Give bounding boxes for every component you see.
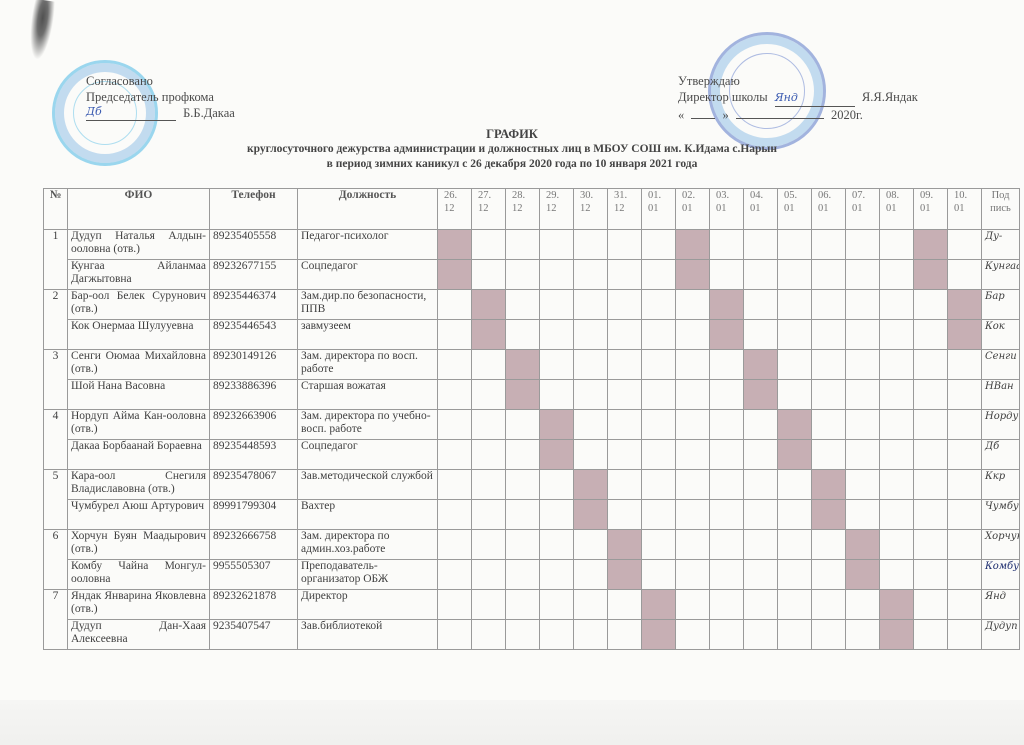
duty-cell-assigned [438,260,472,290]
table-row: 5Кара-оол Снегиля Владиславовна (отв.)89… [44,470,1020,500]
table-row: Дакаа Борбаанай Бораевна89235448593Соцпе… [44,440,1020,470]
person-position: Соцпедагог [298,260,438,290]
duty-cell [608,320,642,350]
day-number: 05. [784,190,797,201]
duty-cell [778,530,812,560]
duty-cell [642,290,676,320]
duty-cell-assigned [472,320,506,350]
header-day: 05.01 [778,189,812,230]
signature-cell: Бар [982,290,1020,320]
duty-cell [812,350,846,380]
group-number: 5 [44,470,68,530]
day-number: 01. [648,190,661,201]
duty-cell [744,290,778,320]
duty-cell-assigned [608,530,642,560]
duty-cell [574,530,608,560]
duty-cell [506,320,540,350]
duty-cell [948,620,982,650]
person-name: Яндак Январина Яковлевна (отв.) [68,590,210,620]
duty-cell [438,440,472,470]
duty-cell [846,440,880,470]
duty-cell [710,500,744,530]
date-open-quote: « [678,108,684,122]
duty-cell [438,620,472,650]
duty-cell [438,320,472,350]
duty-cell [744,530,778,560]
day-number: 06. [818,190,831,201]
duty-cell-assigned [574,500,608,530]
duty-cell [540,530,574,560]
duty-cell [438,470,472,500]
duty-cell [472,440,506,470]
person-phone: 89233886396 [210,380,298,410]
duty-cell [506,260,540,290]
duty-cell [472,260,506,290]
duty-cell [438,290,472,320]
duty-cell [472,410,506,440]
header-day: 29.12 [540,189,574,230]
duty-cell [676,380,710,410]
date-month-blank [736,118,824,119]
day-number: 28. [512,190,525,201]
duty-cell [438,410,472,440]
document-subtitle: круглосуточного дежурства администрации … [0,143,1024,155]
duty-cell [710,620,744,650]
duty-cell-assigned [540,440,574,470]
duty-cell [574,290,608,320]
duty-cell-assigned [574,470,608,500]
duty-cell [574,260,608,290]
duty-cell [846,350,880,380]
day-number: 09. [920,190,933,201]
duty-cell [710,470,744,500]
duty-cell [880,560,914,590]
duty-cell [574,380,608,410]
person-position: Директор [298,590,438,620]
approval-block-right: Утверждаю Директор школы Янд Я.Я.Яндак «… [678,73,918,123]
duty-cell [676,590,710,620]
duty-cell [846,230,880,260]
header-day: 28.12 [506,189,540,230]
duty-cell [880,380,914,410]
header-num: № [44,189,68,230]
duty-cell [846,590,880,620]
duty-cell [506,500,540,530]
duty-cell [744,320,778,350]
duty-cell [948,380,982,410]
duty-cell [472,590,506,620]
duty-cell [540,290,574,320]
month-number: 12 [580,203,591,214]
duty-cell [676,350,710,380]
duty-cell [574,320,608,350]
duty-cell [778,590,812,620]
duty-cell [540,350,574,380]
header-day: 08.01 [880,189,914,230]
duty-cell [506,530,540,560]
approval-left-heading: Согласовано [86,73,235,89]
person-name: Дудуп Дан-Хаая Алексеевна [68,620,210,650]
table-row: 3Сенги Оюмаа Михайловна (отв.)8923014912… [44,350,1020,380]
duty-cell [608,500,642,530]
table-row: 6Хорчун Буян Маадырович (отв.)8923266675… [44,530,1020,560]
approval-block-left: Согласовано Председатель профкома Дб Б.Б… [86,73,235,123]
duty-cell [846,260,880,290]
person-name: Сенги Оюмаа Михайловна (отв.) [68,350,210,380]
duty-cell-assigned [778,410,812,440]
duty-cell [744,260,778,290]
duty-cell [438,350,472,380]
person-name: Кунгаа Айланмаа Дагжытовна [68,260,210,290]
duty-cell [744,230,778,260]
duty-cell-assigned [778,440,812,470]
duty-cell [642,500,676,530]
person-name: Шой Нана Васовна [68,380,210,410]
duty-cell-assigned [710,290,744,320]
signature-cell: Сенги [982,350,1020,380]
duty-cell-assigned [880,620,914,650]
duty-cell [608,260,642,290]
person-name: Дудуп Наталья Алдын-ооловна (отв.) [68,230,210,260]
duty-cell [608,440,642,470]
person-phone: 9955505307 [210,560,298,590]
duty-cell [540,230,574,260]
duty-cell [540,380,574,410]
month-number: 01 [750,203,761,214]
day-number: 03. [716,190,729,201]
duty-cell [676,560,710,590]
duty-cell [948,500,982,530]
person-position: Зав.библиотекой [298,620,438,650]
duty-cell [438,590,472,620]
duty-cell [778,620,812,650]
duty-cell [710,560,744,590]
duty-cell [676,440,710,470]
duty-cell [506,290,540,320]
duty-cell [608,410,642,440]
duty-cell [812,230,846,260]
duty-cell [676,470,710,500]
duty-cell [642,440,676,470]
duty-cell [676,410,710,440]
table-row: 1Дудуп Наталья Алдын-ооловна (отв.)89235… [44,230,1020,260]
header-day: 10.01 [948,189,982,230]
duty-cell [846,470,880,500]
duty-cell [472,620,506,650]
duty-cell [472,470,506,500]
duty-cell [642,380,676,410]
approval-right-name: Я.Я.Яндак [862,90,918,104]
duty-cell [948,560,982,590]
header-day: 27.12 [472,189,506,230]
duty-cell [812,260,846,290]
duty-cell [880,260,914,290]
duty-cell [948,350,982,380]
duty-cell [778,290,812,320]
person-position: Старшая вожатая [298,380,438,410]
table-row: 2Бар-оол Белек Сурунович (отв.)892354463… [44,290,1020,320]
duty-cell [812,590,846,620]
person-phone: 89235446543 [210,320,298,350]
duty-cell [710,440,744,470]
duty-cell [812,290,846,320]
duty-cell [744,560,778,590]
signature-scribble: Янд [775,91,798,104]
duty-cell [744,500,778,530]
person-position: Педагог-психолог [298,230,438,260]
group-number: 6 [44,530,68,590]
document-heading: ГРАФИК [0,127,1024,142]
month-number: 01 [716,203,727,214]
duty-cell [880,410,914,440]
duty-cell [472,350,506,380]
duty-cell [778,560,812,590]
duty-cell [744,620,778,650]
duty-cell [744,590,778,620]
day-number: 26. [444,190,457,201]
signature-cell: Дудуп [982,620,1020,650]
signature-cell: Кок [982,320,1020,350]
duty-cell-assigned [744,350,778,380]
duty-cell [744,410,778,440]
day-number: 04. [750,190,763,201]
duty-cell-assigned [506,350,540,380]
duty-cell-assigned [642,620,676,650]
duty-cell [948,230,982,260]
group-number: 1 [44,230,68,290]
month-number: 01 [954,203,965,214]
duty-cell [540,470,574,500]
duty-cell [676,530,710,560]
duty-cell [608,380,642,410]
duty-cell-assigned [642,590,676,620]
person-position: Зам.дир.по безопасности, ППВ [298,290,438,320]
header-signature: Под пись [982,189,1020,230]
duty-cell [846,620,880,650]
header-day: 09.01 [914,189,948,230]
signature-line: Дб [86,103,176,121]
duty-cell [506,440,540,470]
duty-cell [710,230,744,260]
group-number: 4 [44,410,68,470]
duty-cell [506,620,540,650]
person-phone: 89235405558 [210,230,298,260]
duty-cell [506,560,540,590]
duty-cell [846,290,880,320]
duty-cell [676,620,710,650]
month-number: 01 [818,203,829,214]
table-row: Шой Нана Васовна89233886396Старшая вожат… [44,380,1020,410]
header-day: 01.01 [642,189,676,230]
duty-cell [642,410,676,440]
duty-cell [778,260,812,290]
day-number: 08. [886,190,899,201]
duty-cell [676,290,710,320]
duty-cell [812,380,846,410]
duty-cell [540,590,574,620]
duty-cell [948,470,982,500]
table-row: 7Яндак Январина Яковлевна (отв.)89232621… [44,590,1020,620]
header-position: Должность [298,189,438,230]
duty-cell [438,380,472,410]
duty-cell [574,350,608,380]
header-day: 02.01 [676,189,710,230]
table-row: Кок Онермаа Шулууевна89235446543завмузее… [44,320,1020,350]
duty-cell-assigned [676,230,710,260]
duty-cell [710,350,744,380]
person-phone: 89235446374 [210,290,298,320]
duty-cell [914,620,948,650]
day-number: 02. [682,190,695,201]
duty-cell [676,500,710,530]
duty-cell [846,380,880,410]
duty-cell [778,470,812,500]
duty-cell [948,440,982,470]
duty-cell [914,350,948,380]
duty-cell [608,590,642,620]
header-day: 03.01 [710,189,744,230]
duty-cell [846,320,880,350]
duty-cell [608,230,642,260]
person-phone: 89230149126 [210,350,298,380]
person-phone: 89235448593 [210,440,298,470]
person-name: Бар-оол Белек Сурунович (отв.) [68,290,210,320]
header-day: 04.01 [744,189,778,230]
table-header-row: № ФИО Телефон Должность 26.1227.1228.122… [44,189,1020,230]
duty-cell [846,500,880,530]
person-position: завмузеем [298,320,438,350]
signature-cell: Комбу [982,560,1020,590]
table-row: Дудуп Дан-Хаая Алексеевна9235407547Зав.б… [44,620,1020,650]
person-position: Зам. директора по восп. работе [298,350,438,380]
month-number: 01 [648,203,659,214]
table-row: Чумбурел Аюш Артурович89991799304ВахтерЧ… [44,500,1020,530]
duty-cell [948,410,982,440]
duty-cell [574,410,608,440]
person-position: Зам. директора по админ.хоз.работе [298,530,438,560]
duty-cell-assigned [710,320,744,350]
duty-cell [506,410,540,440]
duty-cell [506,230,540,260]
person-name: Кара-оол Снегиля Владиславовна (отв.) [68,470,210,500]
duty-cell [540,260,574,290]
duty-cell-assigned [506,380,540,410]
duty-cell-assigned [846,530,880,560]
duty-cell [472,500,506,530]
header-fio: ФИО [68,189,210,230]
duty-cell [710,260,744,290]
duty-cell [880,440,914,470]
duty-cell [948,590,982,620]
group-number: 2 [44,290,68,350]
scan-margin [0,700,1024,745]
duty-cell [438,560,472,590]
duty-cell [880,470,914,500]
duty-cell [914,440,948,470]
month-number: 12 [546,203,557,214]
signature-line: Янд [775,89,855,107]
duty-cell [880,230,914,260]
duty-cell [880,350,914,380]
approval-right-role: Директор школы [678,90,768,104]
duty-cell [880,530,914,560]
duty-cell [540,620,574,650]
person-position: Зам. директора по учебно-восп. работе [298,410,438,440]
signature-scribble: Дб [86,105,102,118]
duty-cell [642,230,676,260]
duty-cell [778,350,812,380]
duty-cell [608,470,642,500]
duty-cell-assigned [438,230,472,260]
scan-smudge [26,0,56,61]
header-day: 30.12 [574,189,608,230]
person-phone: 89232621878 [210,590,298,620]
duty-cell [472,560,506,590]
signature-cell: Ду- [982,230,1020,260]
duty-cell [506,470,540,500]
duty-cell [948,260,982,290]
duty-cell [710,590,744,620]
duty-cell [812,560,846,590]
header-day: 06.01 [812,189,846,230]
duty-cell [778,230,812,260]
duty-cell-assigned [744,380,778,410]
duty-cell [778,500,812,530]
duty-cell-assigned [914,230,948,260]
duty-cell [642,530,676,560]
duty-cell [438,500,472,530]
duty-cell [914,290,948,320]
duty-cell [608,620,642,650]
month-number: 01 [886,203,897,214]
duty-cell [574,440,608,470]
date-close-quote: » [723,108,729,122]
duty-cell [880,500,914,530]
duty-cell [812,410,846,440]
duty-cell [642,470,676,500]
duty-cell-assigned [914,260,948,290]
signature-cell: Ккр [982,470,1020,500]
duty-cell-assigned [608,560,642,590]
person-phone: 89235478067 [210,470,298,500]
month-number: 12 [444,203,455,214]
duty-cell [608,290,642,320]
duty-cell [948,530,982,560]
date-day-blank [691,118,715,119]
duty-cell-assigned [846,560,880,590]
duty-cell-assigned [948,320,982,350]
duty-cell [710,410,744,440]
duty-cell [846,410,880,440]
person-phone: 89232666758 [210,530,298,560]
duty-cell [914,590,948,620]
duty-cell-assigned [880,590,914,620]
header-day: 07.01 [846,189,880,230]
person-name: Комбу Чайна Монгул-ооловна [68,560,210,590]
duty-cell [608,350,642,380]
duty-cell [540,320,574,350]
month-number: 12 [512,203,523,214]
day-number: 29. [546,190,559,201]
duty-cell [472,530,506,560]
person-name: Хорчун Буян Маадырович (отв.) [68,530,210,560]
person-name: Нордуп Айма Кан-ооловна (отв.) [68,410,210,440]
group-number: 3 [44,350,68,410]
duty-cell [914,470,948,500]
duty-cell [472,380,506,410]
duty-cell [812,440,846,470]
day-number: 31. [614,190,627,201]
